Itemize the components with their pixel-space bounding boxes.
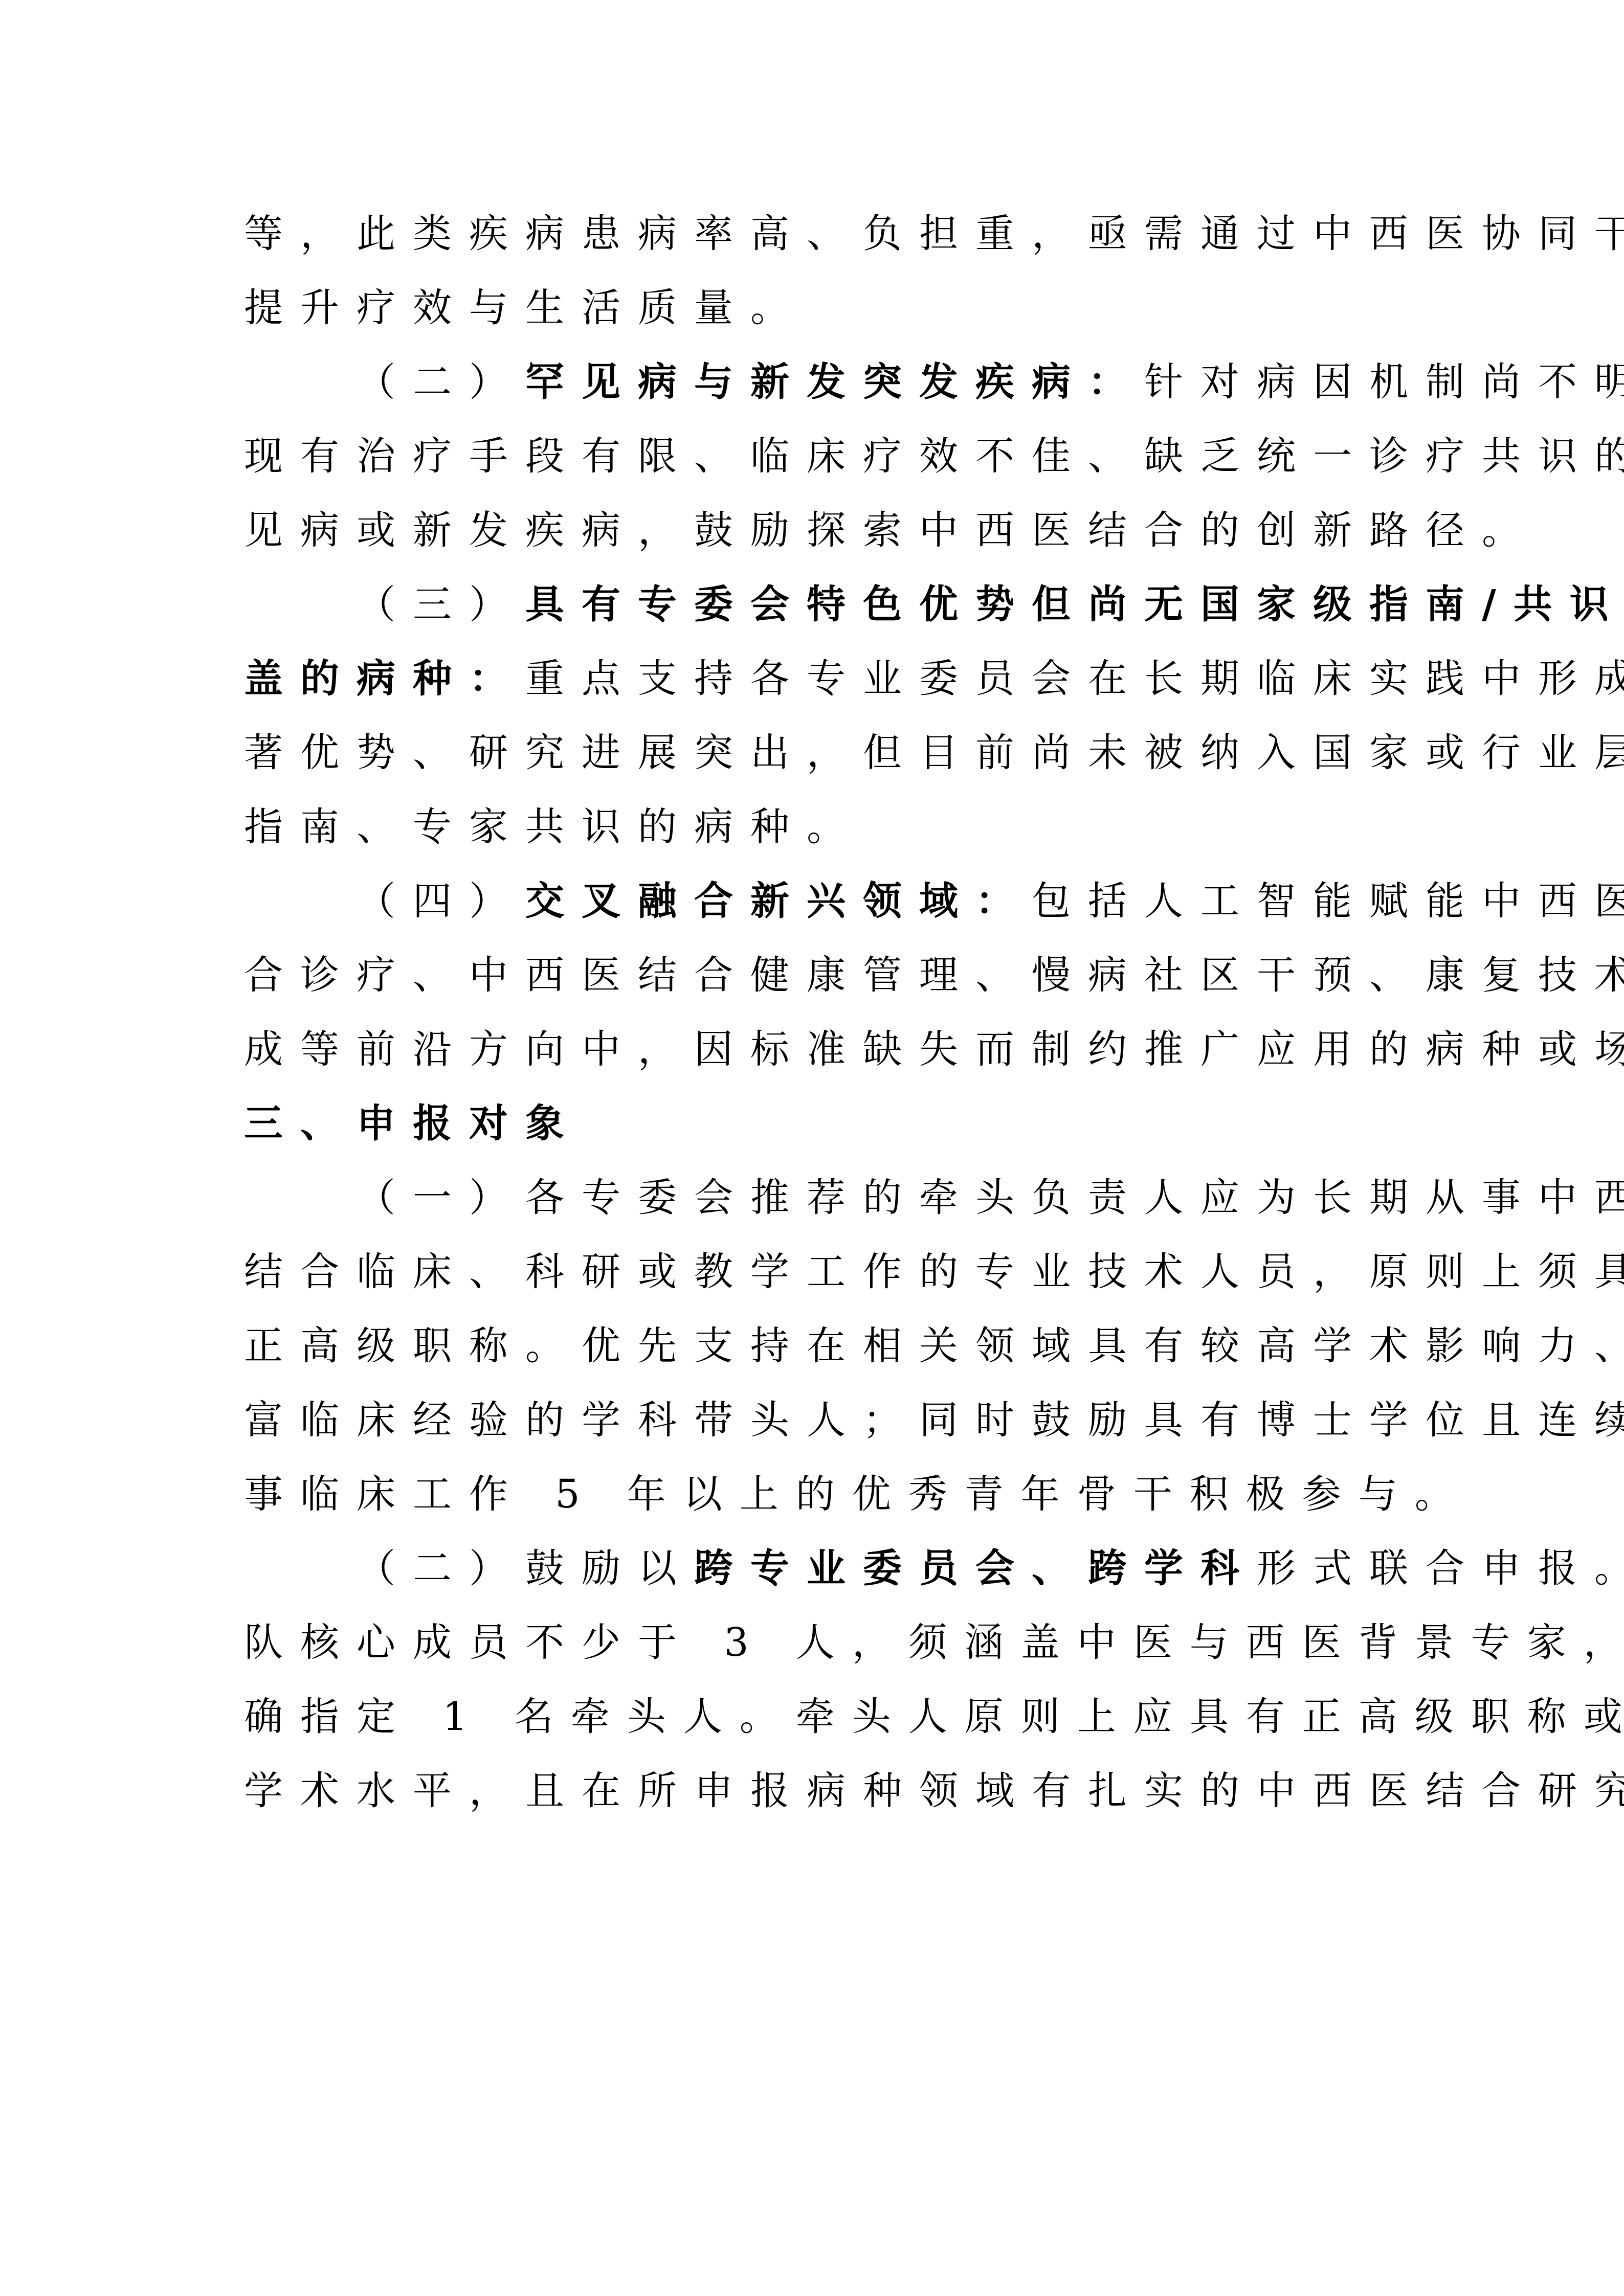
paragraph-line: 盖的病种：重点支持各专业委员会在长期临床实践中形成显 bbox=[244, 650, 1624, 707]
text-run: 指南、专家共识的病种。 bbox=[244, 804, 863, 849]
text-run: 等，此类疾病患病率高、负担重，亟需通过中西医协同干预 bbox=[244, 211, 1624, 256]
item-number: （三） bbox=[357, 581, 525, 627]
paragraph-line: 确指定 1 名牵头人。牵头人原则上应具有正高级职称或相当 bbox=[244, 1689, 1624, 1745]
item-number: （四） bbox=[357, 878, 525, 924]
text-run: 针对病因机制尚不明确、 bbox=[1144, 359, 1624, 404]
text-run: 事临床工作 5 年以上的优秀青年骨干积极参与。 bbox=[244, 1471, 1471, 1517]
text-run: 学术水平，且在所申报病种领域有扎实的中西医结合研究成 bbox=[244, 1768, 1624, 1813]
item-title: 具有专委会特色优势但尚无国家级指南/共识覆 bbox=[525, 581, 1624, 627]
list-item-lead-qualification: （一）各专委会推荐的牵头负责人应为长期从事中西医 bbox=[244, 1169, 1624, 1226]
list-item-joint-application: （二）鼓励以跨专业委员会、跨学科形式联合申报。团 bbox=[244, 1540, 1624, 1596]
paragraph-line: 学术水平，且在所申报病种领域有扎实的中西医结合研究成 bbox=[244, 1763, 1624, 1819]
text-run: 合诊疗、中西医结合健康管理、慢病社区干预、康复技术集 bbox=[244, 952, 1624, 998]
text-run: 确指定 1 名牵头人。牵头人原则上应具有正高级职称或相当 bbox=[244, 1694, 1624, 1739]
paragraph-line: 结合临床、科研或教学工作的专业技术人员，原则上须具备 bbox=[244, 1244, 1624, 1300]
paragraph-line: 队核心成员不少于 3 人，须涵盖中医与西医背景专家，并明 bbox=[244, 1614, 1624, 1671]
list-item-heading-emerging-fields: （四）交叉融合新兴领域：包括人工智能赋能中西医结 bbox=[244, 873, 1624, 929]
paragraph-line: 合诊疗、中西医结合健康管理、慢病社区干预、康复技术集 bbox=[244, 947, 1624, 1003]
paragraph-line: 提升疗效与生活质量。 bbox=[244, 280, 807, 336]
paragraph-line: 现有治疗手段有限、临床疗效不佳、缺乏统一诊疗共识的罕 bbox=[244, 428, 1624, 484]
section-heading: 三、申报对象 bbox=[244, 1095, 582, 1152]
text-run: 富临床经验的学科带头人；同时鼓励具有博士学位且连续从 bbox=[244, 1397, 1624, 1443]
paragraph-line: 富临床经验的学科带头人；同时鼓励具有博士学位且连续从 bbox=[244, 1392, 1624, 1448]
emphasis-text: 跨专业委员会、跨学科 bbox=[694, 1545, 1257, 1591]
text-run: 见病或新发疾病，鼓励探索中西医结合的创新路径。 bbox=[244, 507, 1538, 553]
paragraph-line: 事临床工作 5 年以上的优秀青年骨干积极参与。 bbox=[244, 1466, 1471, 1522]
text-run: 现有治疗手段有限、临床疗效不佳、缺乏统一诊疗共识的罕 bbox=[244, 433, 1624, 479]
paragraph-line: 见病或新发疾病，鼓励探索中西医结合的创新路径。 bbox=[244, 502, 1538, 558]
text-run: 成等前沿方向中，因标准缺失而制约推广应用的病种或场景。 bbox=[244, 1026, 1624, 1072]
item-title: 盖的病种： bbox=[244, 656, 525, 701]
text-run: （一）各专委会推荐的牵头负责人应为长期从事中西医 bbox=[357, 1175, 1624, 1220]
paragraph-line: 成等前沿方向中，因标准缺失而制约推广应用的病种或场景。 bbox=[244, 1021, 1624, 1077]
text-run: 形式联合申报。团 bbox=[1257, 1545, 1624, 1591]
text-run: 结合临床、科研或教学工作的专业技术人员，原则上须具备 bbox=[244, 1249, 1624, 1294]
text-run: （二）鼓励以 bbox=[357, 1545, 694, 1591]
text-run: 正高级职称。优先支持在相关领域具有较高学术影响力、丰 bbox=[244, 1323, 1624, 1368]
list-item-heading-committee-advantage: （三）具有专委会特色优势但尚无国家级指南/共识覆 bbox=[244, 576, 1624, 633]
paragraph-line: 著优势、研究进展突出，但目前尚未被纳入国家或行业层面 bbox=[244, 725, 1624, 781]
text-run: 包括人工智能赋能中西医结 bbox=[1032, 878, 1624, 924]
item-number: （二） bbox=[357, 359, 525, 404]
list-item-heading-rare-disease: （二）罕见病与新发突发疾病：针对病因机制尚不明确、 bbox=[244, 354, 1624, 410]
text-run: 重点支持各专业委员会在长期临床实践中形成显 bbox=[525, 656, 1624, 701]
text-run: 提升疗效与生活质量。 bbox=[244, 285, 807, 330]
paragraph-line: 等，此类疾病患病率高、负担重，亟需通过中西医协同干预 bbox=[244, 206, 1624, 262]
paragraph-line: 正高级职称。优先支持在相关领域具有较高学术影响力、丰 bbox=[244, 1318, 1624, 1374]
item-title: 交叉融合新兴领域： bbox=[525, 878, 1032, 924]
text-run: 队核心成员不少于 3 人，须涵盖中医与西医背景专家，并明 bbox=[244, 1619, 1624, 1665]
item-title: 罕见病与新发突发疾病： bbox=[525, 359, 1144, 404]
paragraph-line: 指南、专家共识的病种。 bbox=[244, 799, 863, 855]
text-run: 著优势、研究进展突出，但目前尚未被纳入国家或行业层面 bbox=[244, 730, 1624, 775]
